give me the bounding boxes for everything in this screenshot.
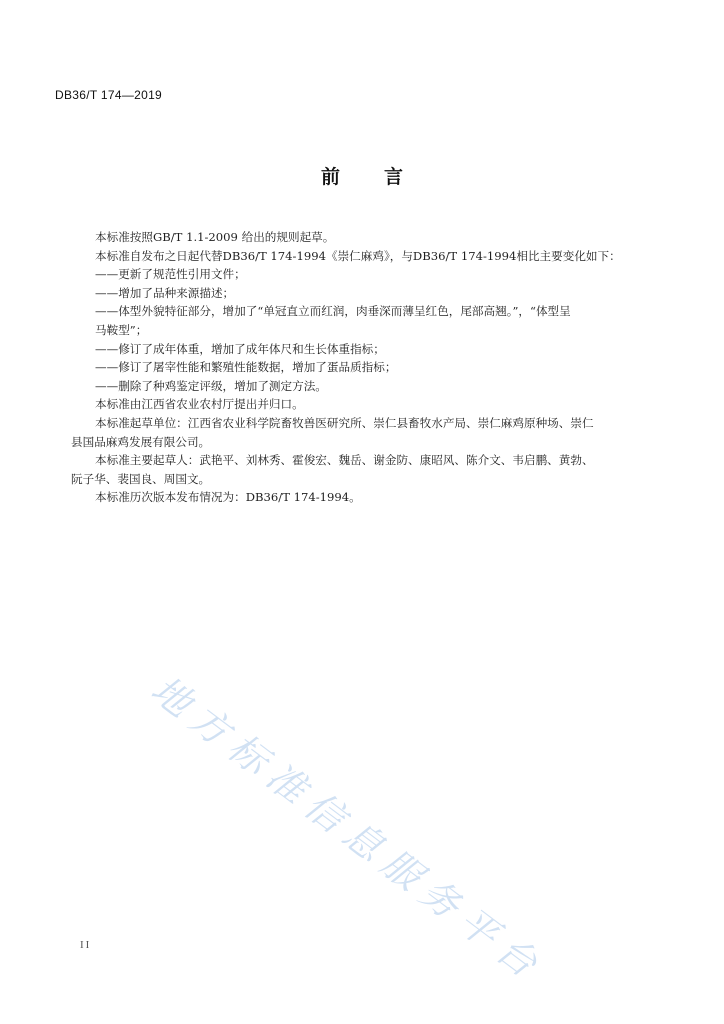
title-part-2: 言 <box>384 162 403 189</box>
change-item: ——修订了屠宰性能和繁殖性能数据，增加了蛋品质指标； <box>71 358 643 377</box>
page-number: II <box>80 939 91 951</box>
foreword-body: 本标准按照GB/T 1.1-2009 给出的规则起草。 本标准自发布之日起代替D… <box>71 228 643 507</box>
paragraph-continuation: 阮子华、裴国良、周国文。 <box>71 470 643 489</box>
change-item: ——更新了规范性引用文件； <box>71 265 643 284</box>
change-item: ——修订了成年体重，增加了成年体尺和生长体重指标； <box>71 340 643 359</box>
paragraph-line: 本标准自发布之日起代替DB36/T 174-1994《崇仁麻鸡》，与DB36/T… <box>71 247 643 266</box>
paragraph-line: 本标准由江西省农业农村厅提出并归口。 <box>71 395 643 414</box>
change-item: ——增加了品种来源描述； <box>71 284 643 303</box>
paragraph-line: 本标准主要起草人：武艳平、刘林秀、霍俊宏、魏岳、谢金防、康昭风、陈介文、韦启鹏、… <box>71 451 643 470</box>
paragraph-line: 本标准历次版本发布情况为：DB36/T 174-1994。 <box>71 488 643 507</box>
paragraph-line: 本标准按照GB/T 1.1-2009 给出的规则起草。 <box>71 228 643 247</box>
watermark: 地方标准信息服务平台 <box>142 660 558 993</box>
change-item: ——体型外貌特征部分，增加了“单冠直立而红润，肉垂深而薄呈红色，尾部高翘。”，“… <box>71 302 643 321</box>
paragraph-line: 本标准起草单位：江西省农业科学院畜牧兽医研究所、崇仁县畜牧水产局、崇仁麻鸡原种场… <box>71 414 643 433</box>
change-item-continuation: 马鞍型”； <box>71 321 643 340</box>
title-part-1: 前 <box>321 162 340 189</box>
page-title: 前言 <box>0 162 724 189</box>
change-item: ——删除了种鸡鉴定评级，增加了测定方法。 <box>71 377 643 396</box>
standard-code-header: DB36/T 174—2019 <box>55 88 162 102</box>
paragraph-continuation: 县国品麻鸡发展有限公司。 <box>71 433 643 452</box>
